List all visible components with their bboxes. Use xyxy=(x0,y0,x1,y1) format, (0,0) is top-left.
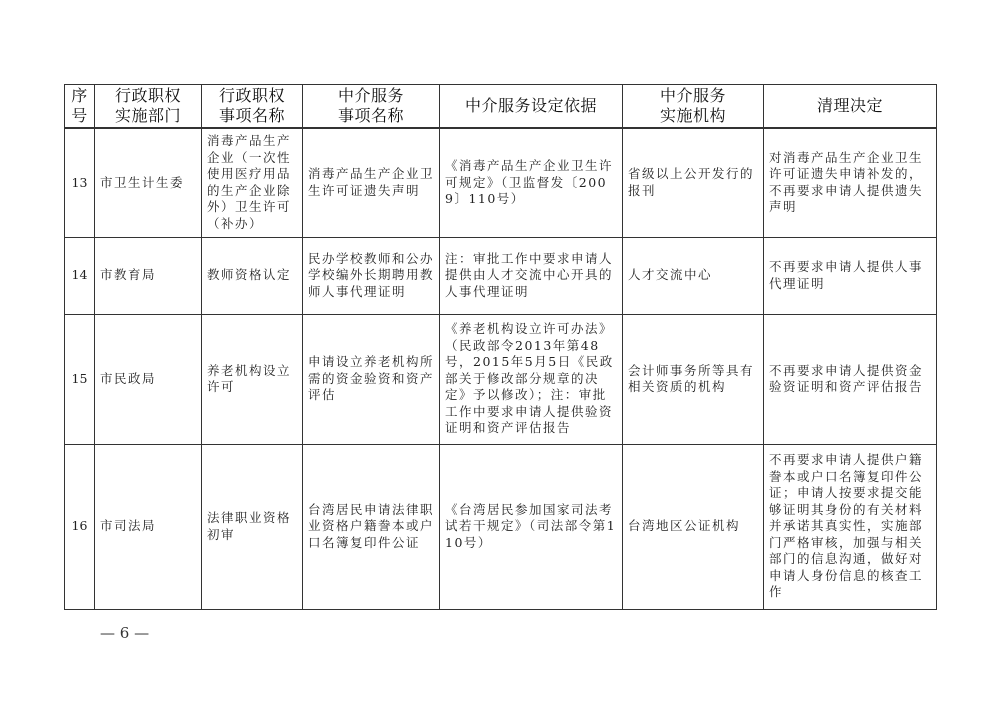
clearance-table: 序 号 行政职权 实施部门 行政职权 事项名称 中介服务 事项名称 中介服务设定… xyxy=(64,84,937,610)
cell-agency: 会计师事务所等具有相关资质的机构 xyxy=(623,314,764,444)
header-agency: 中介服务 实施机构 xyxy=(623,85,764,129)
cell-seq: 13 xyxy=(65,128,95,237)
cell-service: 民办学校教师和公办学校编外长期聘用教师人事代理证明 xyxy=(303,237,440,314)
cell-dept: 市教育局 xyxy=(95,237,202,314)
header-dept: 行政职权 实施部门 xyxy=(95,85,202,129)
cell-decision: 不再要求申请人提供户籍誊本或户口名簿复印件公证；申请人按要求提交能够证明其身份的… xyxy=(764,444,937,609)
header-matter-line2: 事项名称 xyxy=(204,106,300,126)
header-dept-line2: 实施部门 xyxy=(97,106,199,126)
header-service: 中介服务 事项名称 xyxy=(303,85,440,129)
header-dept-line1: 行政职权 xyxy=(97,86,199,106)
cell-dept: 市民政局 xyxy=(95,314,202,444)
cell-basis: 《消毒产品生产企业卫生许可规定》（卫监督发〔2009〕110号） xyxy=(440,128,623,237)
cell-agency: 省级以上公开发行的报刊 xyxy=(623,128,764,237)
cell-basis: 《养老机构设立许可办法》（民政部令2013年第48号，2015年5月5日《民政部… xyxy=(440,314,623,444)
table-row: 15 市民政局 养老机构设立许可 申请设立养老机构所需的资金验资和资产评估 《养… xyxy=(65,314,937,444)
table-row: 13 市卫生计生委 消毒产品生产企业（一次性使用医疗用品的生产企业除外）卫生许可… xyxy=(65,128,937,237)
cell-agency: 台湾地区公证机构 xyxy=(623,444,764,609)
cell-decision: 不再要求申请人提供人事代理证明 xyxy=(764,237,937,314)
header-seq: 序 号 xyxy=(65,85,95,129)
header-seq-line1: 序 xyxy=(67,86,92,106)
cell-basis: 《台湾居民参加国家司法考试若干规定》（司法部令第110号） xyxy=(440,444,623,609)
table-row: 14 市教育局 教师资格认定 民办学校教师和公办学校编外长期聘用教师人事代理证明… xyxy=(65,237,937,314)
header-matter-line1: 行政职权 xyxy=(204,86,300,106)
header-service-line1: 中介服务 xyxy=(305,86,437,106)
cell-matter: 消毒产品生产企业（一次性使用医疗用品的生产企业除外）卫生许可（补办） xyxy=(202,128,303,237)
table-row: 16 市司法局 法律职业资格初审 台湾居民申请法律职业资格户籍誊本或户口名簿复印… xyxy=(65,444,937,609)
cell-seq: 14 xyxy=(65,237,95,314)
header-row: 序 号 行政职权 实施部门 行政职权 事项名称 中介服务 事项名称 中介服务设定… xyxy=(65,85,937,129)
cell-decision: 不再要求申请人提供资金验资证明和资产评估报告 xyxy=(764,314,937,444)
cell-matter: 法律职业资格初审 xyxy=(202,444,303,609)
header-seq-line2: 号 xyxy=(67,106,92,126)
header-agency-line2: 实施机构 xyxy=(625,106,761,126)
cell-seq: 16 xyxy=(65,444,95,609)
header-matter: 行政职权 事项名称 xyxy=(202,85,303,129)
cell-decision: 对消毒产品生产企业卫生许可证遗失申请补发的，不再要求申请人提供遗失声明 xyxy=(764,128,937,237)
header-agency-line1: 中介服务 xyxy=(625,86,761,106)
page-number: — 6 — xyxy=(100,624,149,642)
cell-service: 台湾居民申请法律职业资格户籍誊本或户口名簿复印件公证 xyxy=(303,444,440,609)
cell-dept: 市卫生计生委 xyxy=(95,128,202,237)
cell-basis: 注：审批工作中要求申请人提供由人才交流中心开具的人事代理证明 xyxy=(440,237,623,314)
header-basis-line1: 中介服务设定依据 xyxy=(442,96,620,116)
header-basis: 中介服务设定依据 xyxy=(440,85,623,129)
cell-matter: 教师资格认定 xyxy=(202,237,303,314)
cell-seq: 15 xyxy=(65,314,95,444)
cell-matter: 养老机构设立许可 xyxy=(202,314,303,444)
header-decision: 清理决定 xyxy=(764,85,937,129)
cell-dept: 市司法局 xyxy=(95,444,202,609)
header-service-line2: 事项名称 xyxy=(305,106,437,126)
header-decision-line1: 清理决定 xyxy=(766,96,934,116)
cell-service: 申请设立养老机构所需的资金验资和资产评估 xyxy=(303,314,440,444)
cell-service: 消毒产品生产企业卫生许可证遗失声明 xyxy=(303,128,440,237)
cell-agency: 人才交流中心 xyxy=(623,237,764,314)
